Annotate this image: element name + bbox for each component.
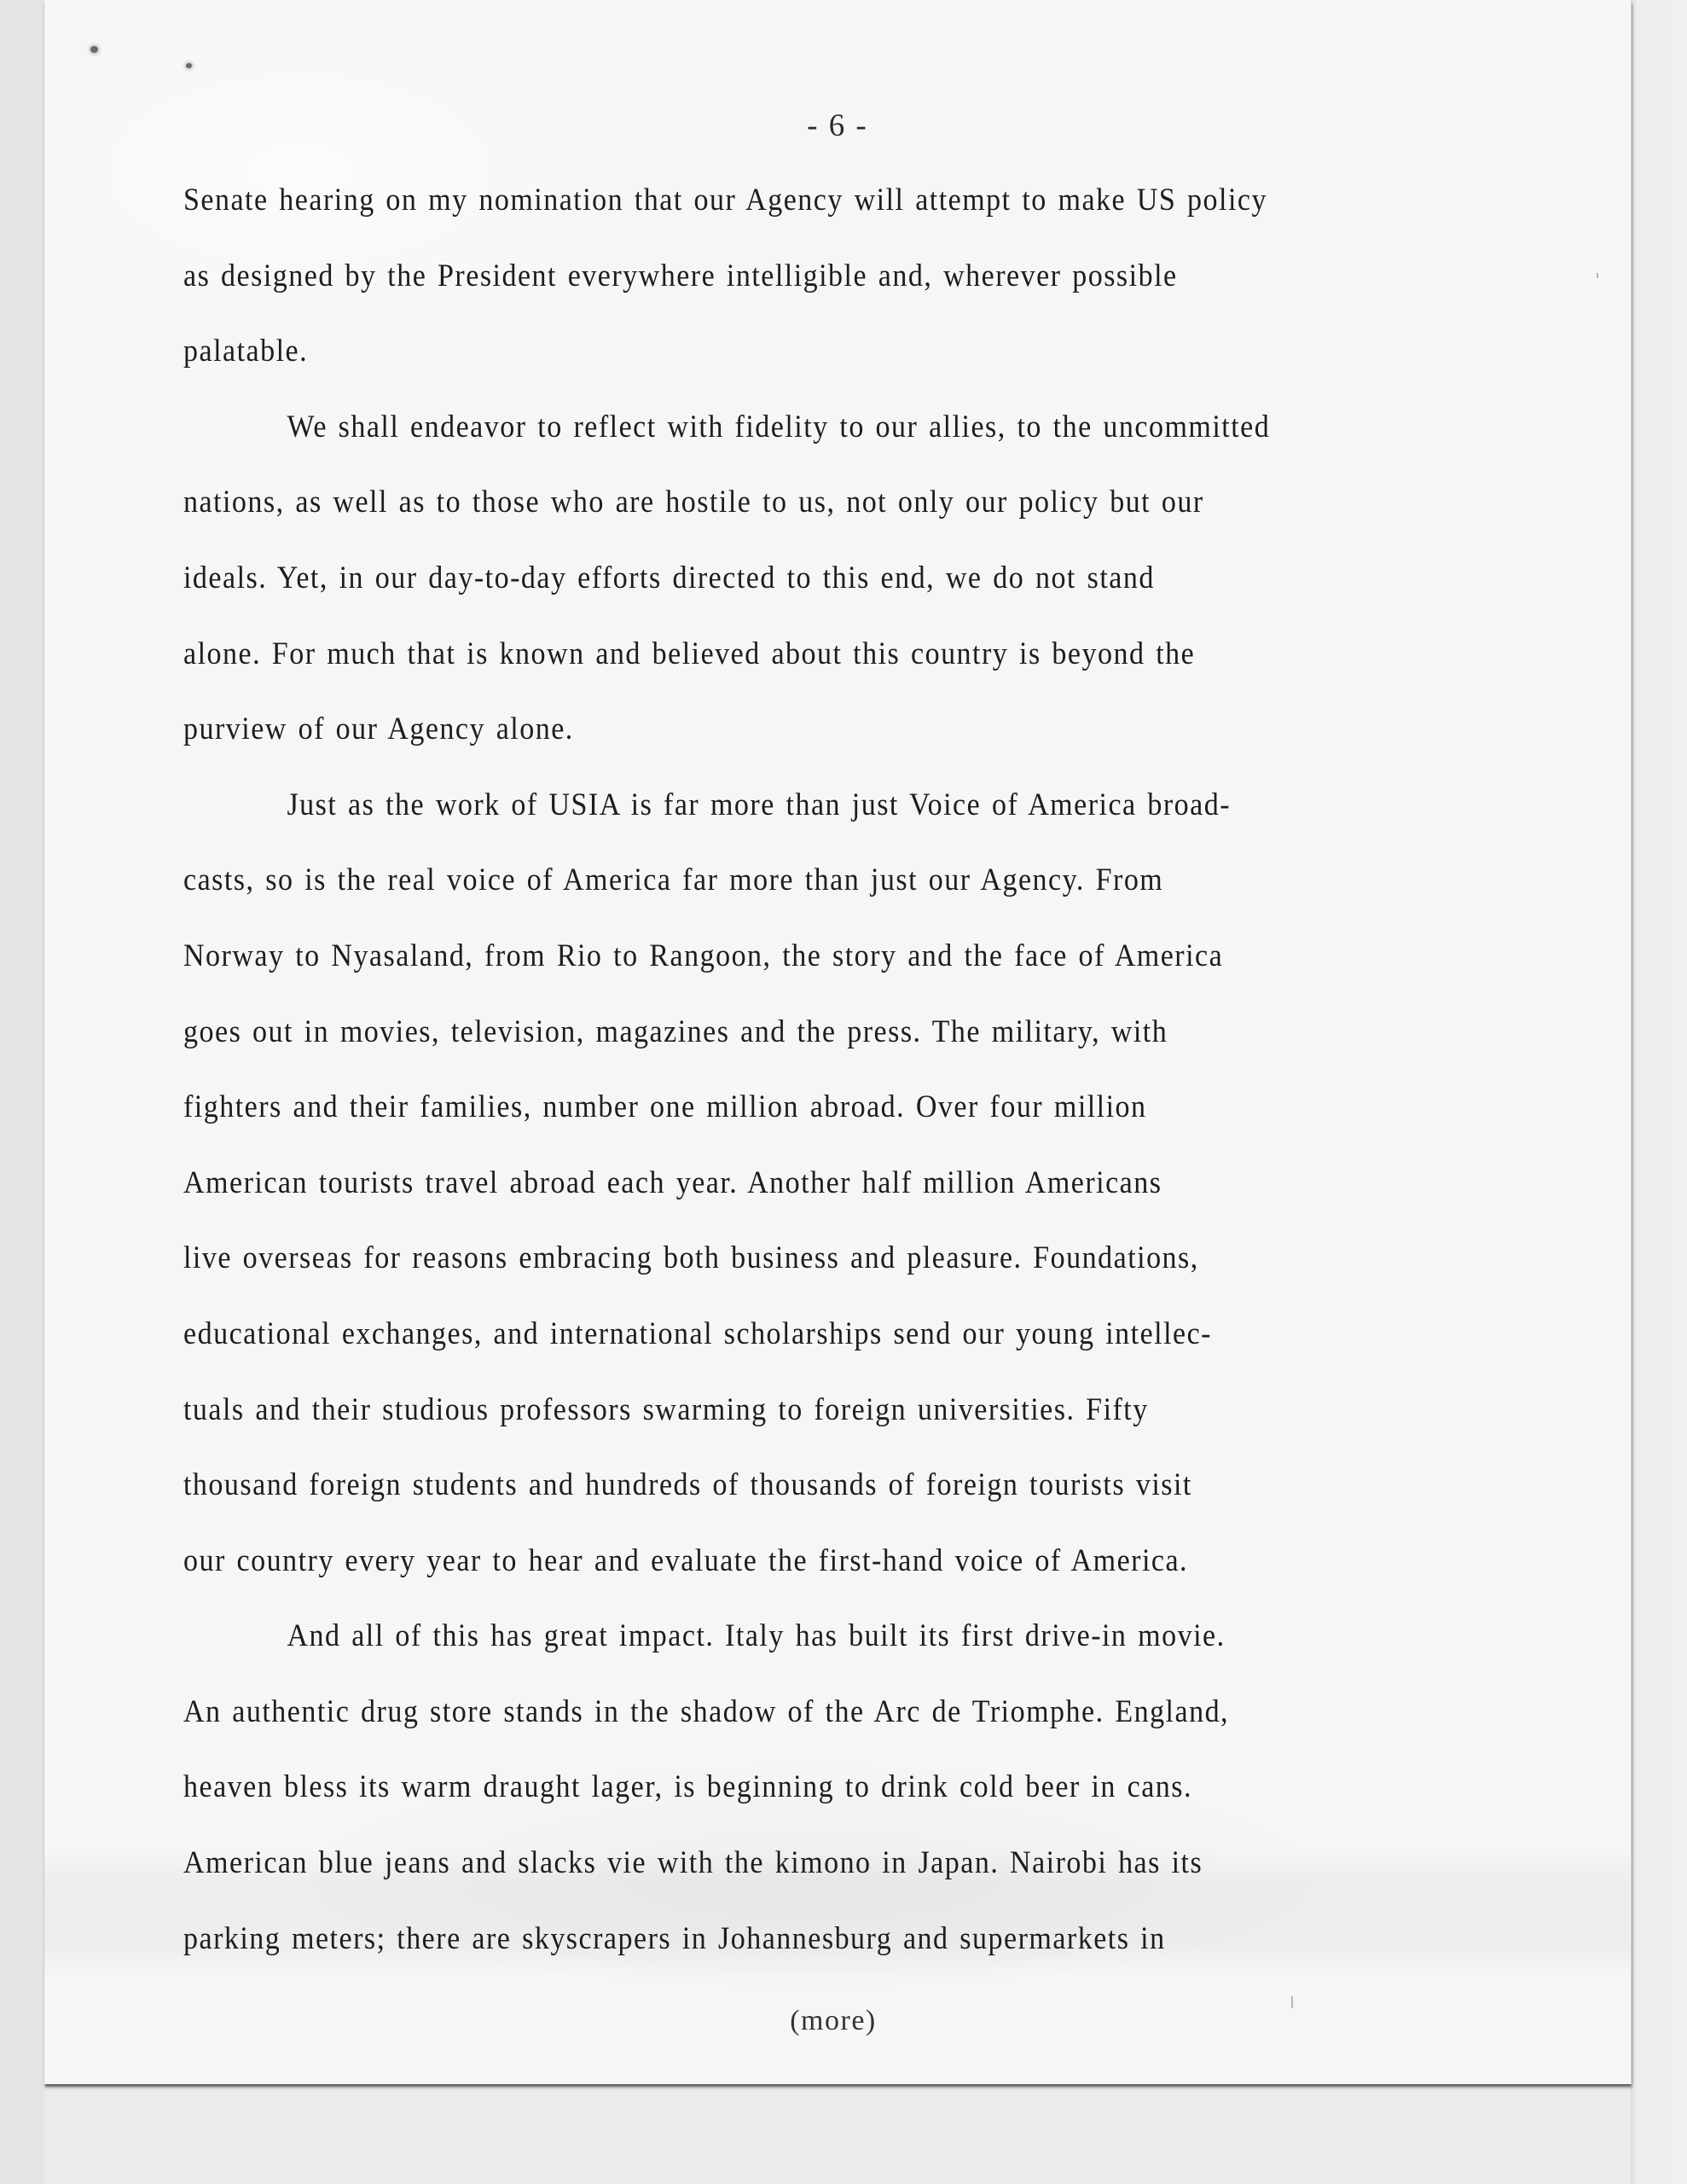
text-line: American tourists travel abroad each yea… (183, 1162, 1470, 1238)
scan-speck (1597, 273, 1598, 278)
staple-hole-icon (90, 46, 98, 53)
text-line: our country every year to hear and evalu… (183, 1540, 1470, 1616)
text-line: parking meters; there are skyscrapers in… (183, 1918, 1470, 1994)
text-line: American blue jeans and slacks vie with … (183, 1842, 1470, 1918)
text-line: nations, as well as to those who are hos… (183, 481, 1470, 557)
text-line: casts, so is the real voice of America f… (183, 859, 1470, 935)
text-line: alone. For much that is known and believ… (183, 633, 1470, 709)
continuation-marker: (more) (44, 2005, 1631, 2037)
text-line: An authentic drug store stands in the sh… (183, 1691, 1470, 1767)
text-line: tuals and their studious professors swar… (183, 1389, 1470, 1465)
paragraph-first-line: And all of this has great impact. Italy … (183, 1615, 1470, 1691)
body-text: Senate hearing on my nomination that our… (183, 179, 1582, 1993)
scan-background-right (1631, 0, 1687, 2184)
scan-background-left (0, 0, 44, 2184)
paragraph-first-line: We shall endeavor to reflect with fideli… (183, 406, 1470, 482)
page-number: - 6 - (44, 107, 1631, 144)
text-line: fighters and their families, number one … (183, 1086, 1470, 1162)
paragraph-first-line: Just as the work of USIA is far more tha… (183, 784, 1470, 860)
text-line: Senate hearing on my nomination that our… (183, 179, 1470, 255)
staple-hole-icon (186, 63, 192, 68)
document-page: - 6 - Senate hearing on my nomination th… (44, 0, 1632, 2084)
text-line: as designed by the President everywhere … (183, 255, 1470, 331)
text-line: palatable. (183, 330, 1470, 406)
text-line: Norway to Nyasaland, from Rio to Rangoon… (183, 935, 1470, 1011)
text-line: ideals. Yet, in our day-to-day efforts d… (183, 557, 1470, 633)
text-line: purview of our Agency alone. (183, 708, 1470, 784)
text-line: live overseas for reasons embracing both… (183, 1237, 1470, 1313)
text-line: goes out in movies, television, magazine… (183, 1011, 1470, 1087)
text-line: heaven bless its warm draught lager, is … (183, 1766, 1470, 1842)
text-line: educational exchanges, and international… (183, 1313, 1470, 1389)
text-line: thousand foreign students and hundreds o… (183, 1464, 1470, 1540)
